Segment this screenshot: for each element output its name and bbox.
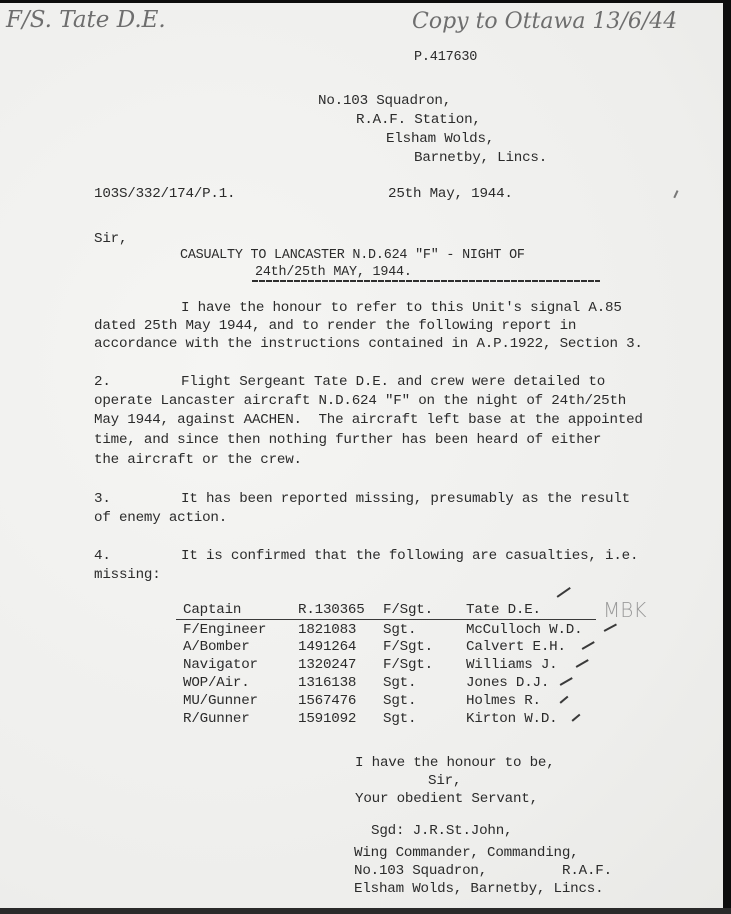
signature-unit: No.103 Squadron,	[354, 864, 487, 878]
signature-signed: Sgd: J.R.St.John,	[371, 824, 512, 838]
crew-table: Captain R.130365 F/Sgt. Tate D.E. F/Engi…	[0, 3, 723, 908]
crew-name: McCulloch W.D.	[466, 623, 582, 637]
handwritten-mbk-note: MBK	[603, 600, 646, 620]
crew-rank: F/Sgt.	[383, 603, 433, 617]
crew-role: Navigator	[183, 658, 258, 672]
closing-line-3: Your obedient Servant,	[355, 792, 538, 806]
crew-name: Holmes R.	[466, 694, 541, 708]
closing-line-2: Sir,	[428, 774, 461, 788]
document-page: F/S. Tate D.E. Copy to Ottawa 13/6/44 P.…	[0, 3, 723, 908]
crew-role: WOP/Air.	[183, 676, 250, 690]
signature-unit-suffix: R.A.F.	[562, 864, 612, 878]
crew-row: WOP/Air. 1316138 Sgt. Jones D.J.	[0, 676, 723, 694]
crew-row: Navigator 1320247 F/Sgt. Williams J.	[0, 658, 723, 676]
signature-title: Wing Commander, Commanding,	[354, 846, 578, 860]
crew-rank: Sgt.	[383, 712, 416, 726]
crew-row: R/Gunner 1591092 Sgt. Kirton W.D.	[0, 712, 723, 730]
crew-name: Williams J.	[466, 658, 557, 672]
crew-table-header-rule	[176, 619, 596, 620]
crew-service-number: 1320247	[298, 658, 356, 672]
crew-service-number: 1821083	[298, 623, 356, 637]
crew-role: R/Gunner	[183, 712, 250, 726]
crew-row: A/Bomber 1491264 F/Sgt. Calvert E.H.	[0, 640, 723, 658]
crew-name: Tate D.E.	[466, 603, 541, 617]
crew-rank: Sgt.	[383, 623, 416, 637]
crew-name: Jones D.J.	[466, 676, 549, 690]
crew-name: Kirton W.D.	[466, 712, 557, 726]
crew-rank: Sgt.	[383, 694, 416, 708]
crew-service-number: 1491264	[298, 640, 356, 654]
crew-rank: F/Sgt.	[383, 658, 433, 672]
crew-rank: Sgt.	[383, 676, 416, 690]
closing-line-1: I have the honour to be,	[355, 756, 555, 770]
crew-role: A/Bomber	[183, 640, 250, 654]
crew-service-number: 1591092	[298, 712, 356, 726]
crew-service-number: 1316138	[298, 676, 356, 690]
crew-role: Captain	[183, 603, 241, 617]
crew-service-number: 1567476	[298, 694, 356, 708]
crew-role: F/Engineer	[183, 623, 266, 637]
crew-role: MU/Gunner	[183, 694, 258, 708]
crew-row: MU/Gunner 1567476 Sgt. Holmes R.	[0, 694, 723, 712]
signature-location: Elsham Wolds, Barnetby, Lincs.	[354, 882, 603, 896]
crew-name: Calvert E.H.	[466, 640, 566, 654]
crew-rank: F/Sgt.	[383, 640, 433, 654]
crew-service-number: R.130365	[298, 603, 365, 617]
scan-border	[0, 908, 731, 914]
